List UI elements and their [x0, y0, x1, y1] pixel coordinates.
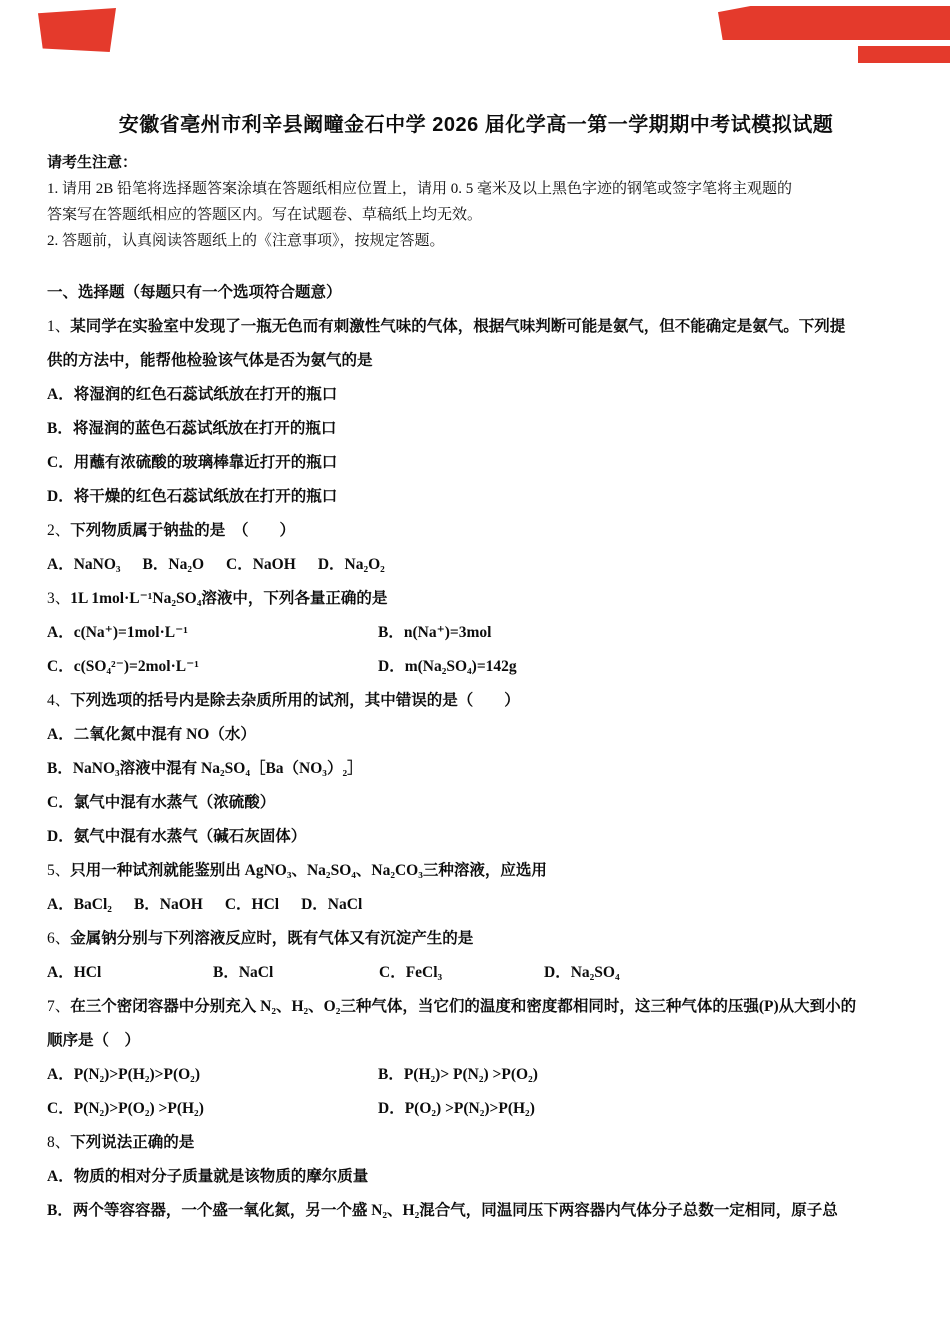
- option-item: B．Na₂O: [143, 548, 205, 582]
- question-8: 8、下列说法正确的是 A．物质的相对分子质量就是该物质的摩尔质量 B．两个等容容…: [47, 1126, 905, 1228]
- notice-line: 1. 请用 2B 铅笔将选择题答案涂填在答题纸相应位置上，请用 0. 5 毫米及…: [47, 176, 905, 202]
- question-stem: 8、下列说法正确的是: [47, 1126, 905, 1160]
- notice-line: 2. 答题前，认真阅读答题纸上的《注意事项》，按规定答题。: [47, 228, 905, 254]
- exam-page: { "decorations": { "watermark_color": "#…: [0, 0, 950, 1344]
- question-1: 1、某同学在实验室中发现了一瓶无色而有刺激性气味的气体，根据气味判断可能是氨气，…: [47, 310, 905, 514]
- option-item: D．NaCl: [301, 888, 362, 922]
- red-watermark-right-strip: [858, 46, 950, 63]
- option-item: B．两个等容容器，一个盛一氧化氮，另一个盛 N₂、H₂混合气，同温同压下两容器内…: [47, 1194, 905, 1228]
- question-stem: 3、1L 1mol·L⁻¹Na₂SO₄溶液中，下列各量正确的是: [47, 582, 905, 616]
- question-number: 3、: [47, 590, 70, 607]
- option-item: C．c(SO₄²⁻)=2mol·L⁻¹: [47, 650, 378, 684]
- option-item: A．c(Na⁺)=1mol·L⁻¹: [47, 616, 378, 650]
- question-number: 4、: [47, 692, 70, 709]
- question-stem: 4、下列选项的括号内是除去杂质所用的试剂，其中错误的是（ ）: [47, 684, 905, 718]
- option-item: A．HCl: [47, 956, 213, 990]
- question-number: 8、: [47, 1134, 70, 1151]
- question-number: 2、: [47, 522, 70, 539]
- question-6: 6、金属钠分别与下列溶液反应时，既有气体又有沉淀产生的是 A．HCl B．NaC…: [47, 922, 905, 990]
- question-stem-wrap: 顺序是（ ）: [47, 1024, 905, 1058]
- red-watermark-right-bar: [718, 6, 950, 40]
- question-number: 7、: [47, 998, 70, 1015]
- option-item: A．BaCl₂: [47, 888, 112, 922]
- option-item: D．将干燥的红色石蕊试纸放在打开的瓶口: [47, 480, 905, 514]
- option-item: D．氨气中混有水蒸气（碱石灰固体）: [47, 820, 905, 854]
- option-item: A．P(N₂)>P(H₂)>P(O₂): [47, 1058, 378, 1092]
- red-watermark-left: [38, 8, 116, 52]
- option-row: A．HCl B．NaCl C．FeCl₃ D．Na₂SO₄: [47, 956, 905, 990]
- option-item: D．Na₂O₂: [318, 548, 385, 582]
- notice-heading: 请考生注意：: [47, 150, 905, 176]
- question-stem-wrap: 供的方法中，能帮他检验该气体是否为氨气的是: [47, 344, 905, 378]
- question-4: 4、下列选项的括号内是除去杂质所用的试剂，其中错误的是（ ） A．二氧化氮中混有…: [47, 684, 905, 854]
- question-number: 5、: [47, 862, 70, 879]
- option-item: A．NaNO₃: [47, 548, 121, 582]
- option-item: B．将湿润的蓝色石蕊试纸放在打开的瓶口: [47, 412, 905, 446]
- option-item: C．HCl: [225, 888, 279, 922]
- question-7: 7、在三个密闭容器中分别充入 N₂、H₂、O₂三种气体，当它们的温度和密度都相同…: [47, 990, 905, 1126]
- question-stem: 6、金属钠分别与下列溶液反应时，既有气体又有沉淀产生的是: [47, 922, 905, 956]
- question-area: 一、选择题（每题只有一个选项符合题意） 1、某同学在实验室中发现了一瓶无色而有刺…: [47, 276, 905, 1228]
- option-item: C．P(N₂)>P(O₂) >P(H₂): [47, 1092, 378, 1126]
- exam-notice: 请考生注意： 1. 请用 2B 铅笔将选择题答案涂填在答题纸相应位置上，请用 0…: [47, 150, 905, 254]
- option-item: A．将湿润的红色石蕊试纸放在打开的瓶口: [47, 378, 905, 412]
- document-body: 安徽省亳州市利辛县阚疃金石中学 2026 届化学高一第一学期期中考试模拟试题 请…: [0, 112, 950, 1228]
- question-stem: 2、下列物质属于钠盐的是 （ ）: [47, 514, 905, 548]
- option-item: B．n(Na⁺)=3mol: [378, 616, 905, 650]
- option-item: C．氯气中混有水蒸气（浓硫酸）: [47, 786, 905, 820]
- option-row: A．BaCl₂ B．NaOH C．HCl D．NaCl: [47, 888, 905, 922]
- option-grid: A．P(N₂)>P(H₂)>P(O₂) B．P(H₂)> P(N₂) >P(O₂…: [47, 1058, 905, 1126]
- option-item: B．NaOH: [134, 888, 203, 922]
- option-item: A．二氧化氮中混有 NO（水）: [47, 718, 905, 752]
- option-item: C．用蘸有浓硫酸的玻璃棒靠近打开的瓶口: [47, 446, 905, 480]
- page-title: 安徽省亳州市利辛县阚疃金石中学 2026 届化学高一第一学期期中考试模拟试题: [47, 112, 905, 138]
- question-stem: 7、在三个密闭容器中分别充入 N₂、H₂、O₂三种气体，当它们的温度和密度都相同…: [47, 990, 905, 1024]
- question-number: 6、: [47, 930, 70, 947]
- option-item: C．NaOH: [226, 548, 296, 582]
- option-item: A．物质的相对分子质量就是该物质的摩尔质量: [47, 1160, 905, 1194]
- option-item: B．NaCl: [213, 956, 379, 990]
- option-grid: A．c(Na⁺)=1mol·L⁻¹ B．n(Na⁺)=3mol C．c(SO₄²…: [47, 616, 905, 684]
- option-item: B．NaNO₃溶液中混有 Na₂SO₄［Ba（NO₃）₂］: [47, 752, 905, 786]
- notice-line: 答案写在答题纸相应的答题区内。写在试题卷、草稿纸上均无效。: [47, 202, 905, 228]
- question-stem: 1、某同学在实验室中发现了一瓶无色而有刺激性气味的气体，根据气味判断可能是氨气，…: [47, 310, 905, 344]
- option-item: D．P(O₂) >P(N₂)>P(H₂): [378, 1092, 905, 1126]
- option-item: B．P(H₂)> P(N₂) >P(O₂): [378, 1058, 905, 1092]
- option-item: D．m(Na₂SO₄)=142g: [378, 650, 905, 684]
- option-item: D．Na₂SO₄: [544, 956, 905, 990]
- question-number: 1、: [47, 318, 70, 335]
- option-row: A．NaNO₃ B．Na₂O C．NaOH D．Na₂O₂: [47, 548, 905, 582]
- question-5: 5、只用一种试剂就能鉴别出 AgNO₃、Na₂SO₄、Na₂CO₃三种溶液，应选…: [47, 854, 905, 922]
- question-stem: 5、只用一种试剂就能鉴别出 AgNO₃、Na₂SO₄、Na₂CO₃三种溶液，应选…: [47, 854, 905, 888]
- option-item: C．FeCl₃: [379, 956, 544, 990]
- question-2: 2、下列物质属于钠盐的是 （ ） A．NaNO₃ B．Na₂O C．NaOH D…: [47, 514, 905, 582]
- question-3: 3、1L 1mol·L⁻¹Na₂SO₄溶液中，下列各量正确的是 A．c(Na⁺)…: [47, 582, 905, 684]
- section-header: 一、选择题（每题只有一个选项符合题意）: [47, 276, 905, 310]
